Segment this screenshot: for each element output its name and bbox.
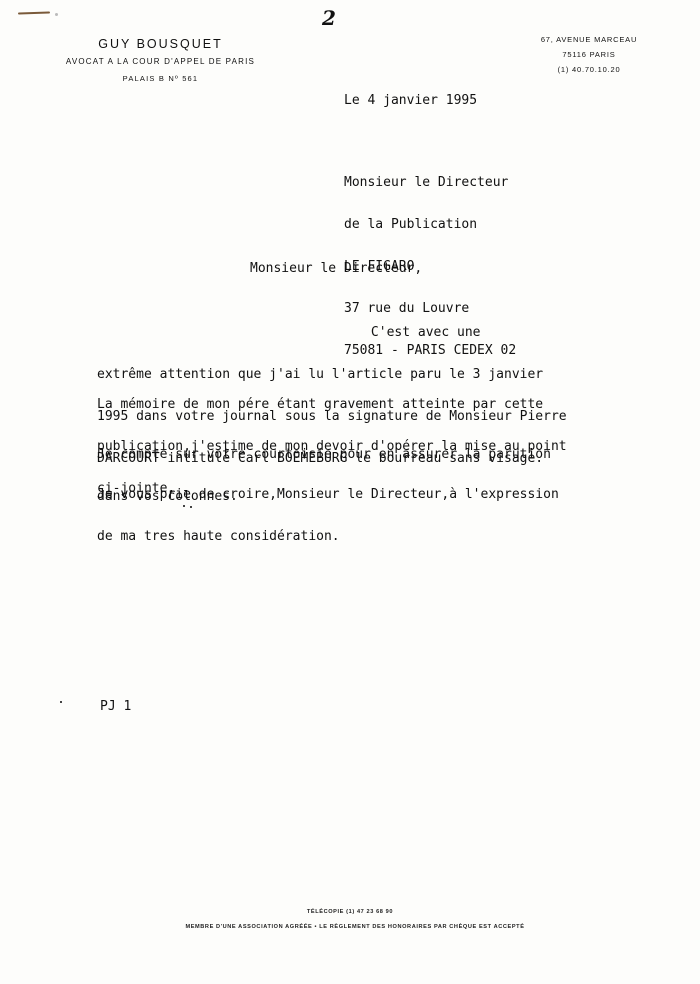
letter-date: Le 4 janvier 1995 <box>344 94 477 108</box>
body-line: de ma tres haute considération. <box>97 530 559 544</box>
letterhead: GUY BOUSQUET AVOCAT A LA COUR D'APPEL DE… <box>58 36 263 86</box>
body-line: C'est avec une <box>97 326 567 340</box>
sender-street: 67, AVENUE MARCEAU <box>520 32 658 47</box>
footer-note: MEMBRE D'UNE ASSOCIATION AGRÉÉE • LE RÈG… <box>5 924 700 930</box>
body-paragraph-4: Je vous prie de croire,Monsieur le Direc… <box>97 460 559 572</box>
body-line: La mémoire de mon pére étant gravement a… <box>97 398 567 412</box>
letterhead-palais: PALAIS B Nº 561 <box>58 72 263 86</box>
ink-dot <box>55 13 58 16</box>
body-line: Je vous prie de croire,Monsieur le Direc… <box>97 488 559 502</box>
sender-phone: (1) 40.70.10.20 <box>520 62 658 77</box>
scan-speck <box>190 506 192 508</box>
sender-city: 75116 PARIS <box>520 47 658 62</box>
enclosure-note: PJ 1 <box>100 700 131 714</box>
salutation: Monsieur le Directeur, <box>250 262 422 276</box>
footer-fax: TÉLÉCOPIE (1) 47 23 68 90 <box>0 909 700 915</box>
recipient-line: de la Publication <box>344 218 516 232</box>
recipient-line: Monsieur le Directeur <box>344 176 516 190</box>
handwritten-page-number: 2 <box>322 6 336 30</box>
scan-speck <box>183 505 185 507</box>
letterhead-name: GUY BOUSQUET <box>58 36 263 52</box>
letter-page: 2 GUY BOUSQUET AVOCAT A LA COUR D'APPEL … <box>0 0 700 984</box>
scan-speck <box>60 701 62 703</box>
pen-mark <box>18 11 50 14</box>
sender-address: 67, AVENUE MARCEAU 75116 PARIS (1) 40.70… <box>520 32 658 77</box>
letterhead-title: AVOCAT A LA COUR D'APPEL DE PARIS <box>58 55 263 69</box>
